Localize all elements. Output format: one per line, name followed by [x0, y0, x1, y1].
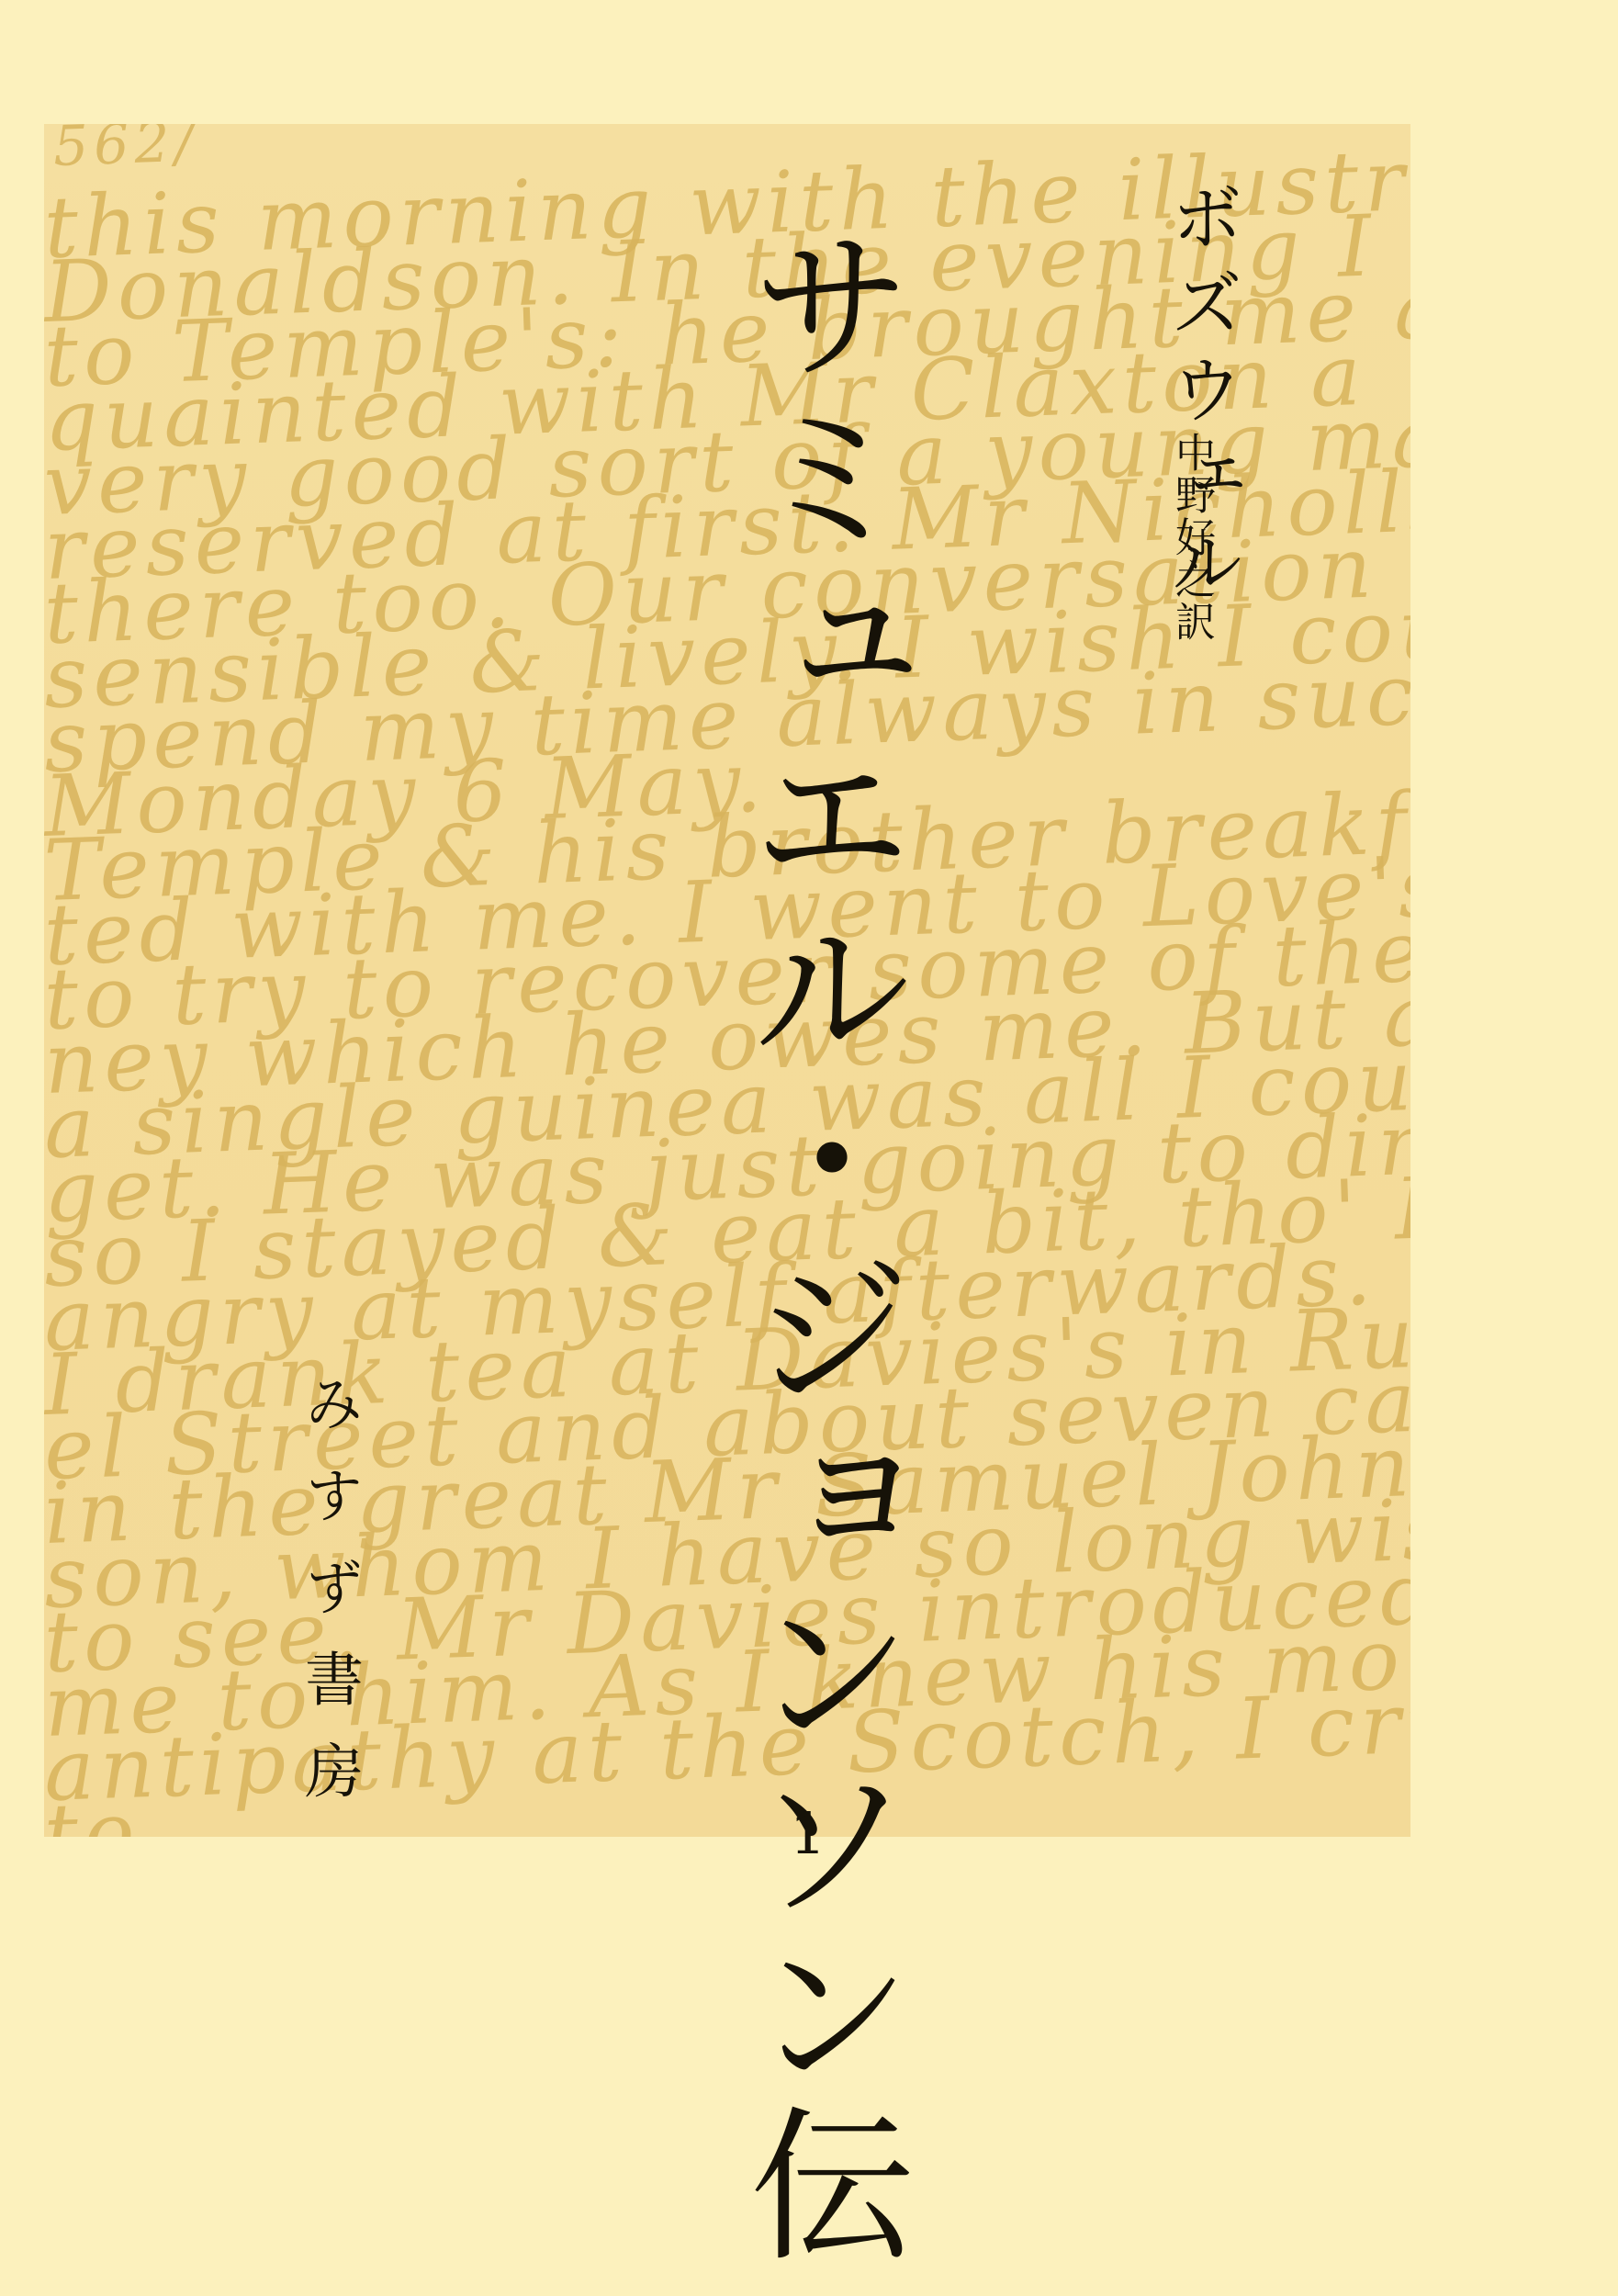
handwritten-line: to [44, 1783, 141, 1837]
book-title: サミュエル・ジョンソン伝 [735, 220, 900, 2270]
publisher-name: みすず書房 [287, 1373, 371, 1832]
volume-number: 1 [790, 1800, 826, 1867]
handwritten-line: 562/ [52, 124, 200, 179]
translator-credit: 中野好之訳 [1162, 432, 1220, 643]
